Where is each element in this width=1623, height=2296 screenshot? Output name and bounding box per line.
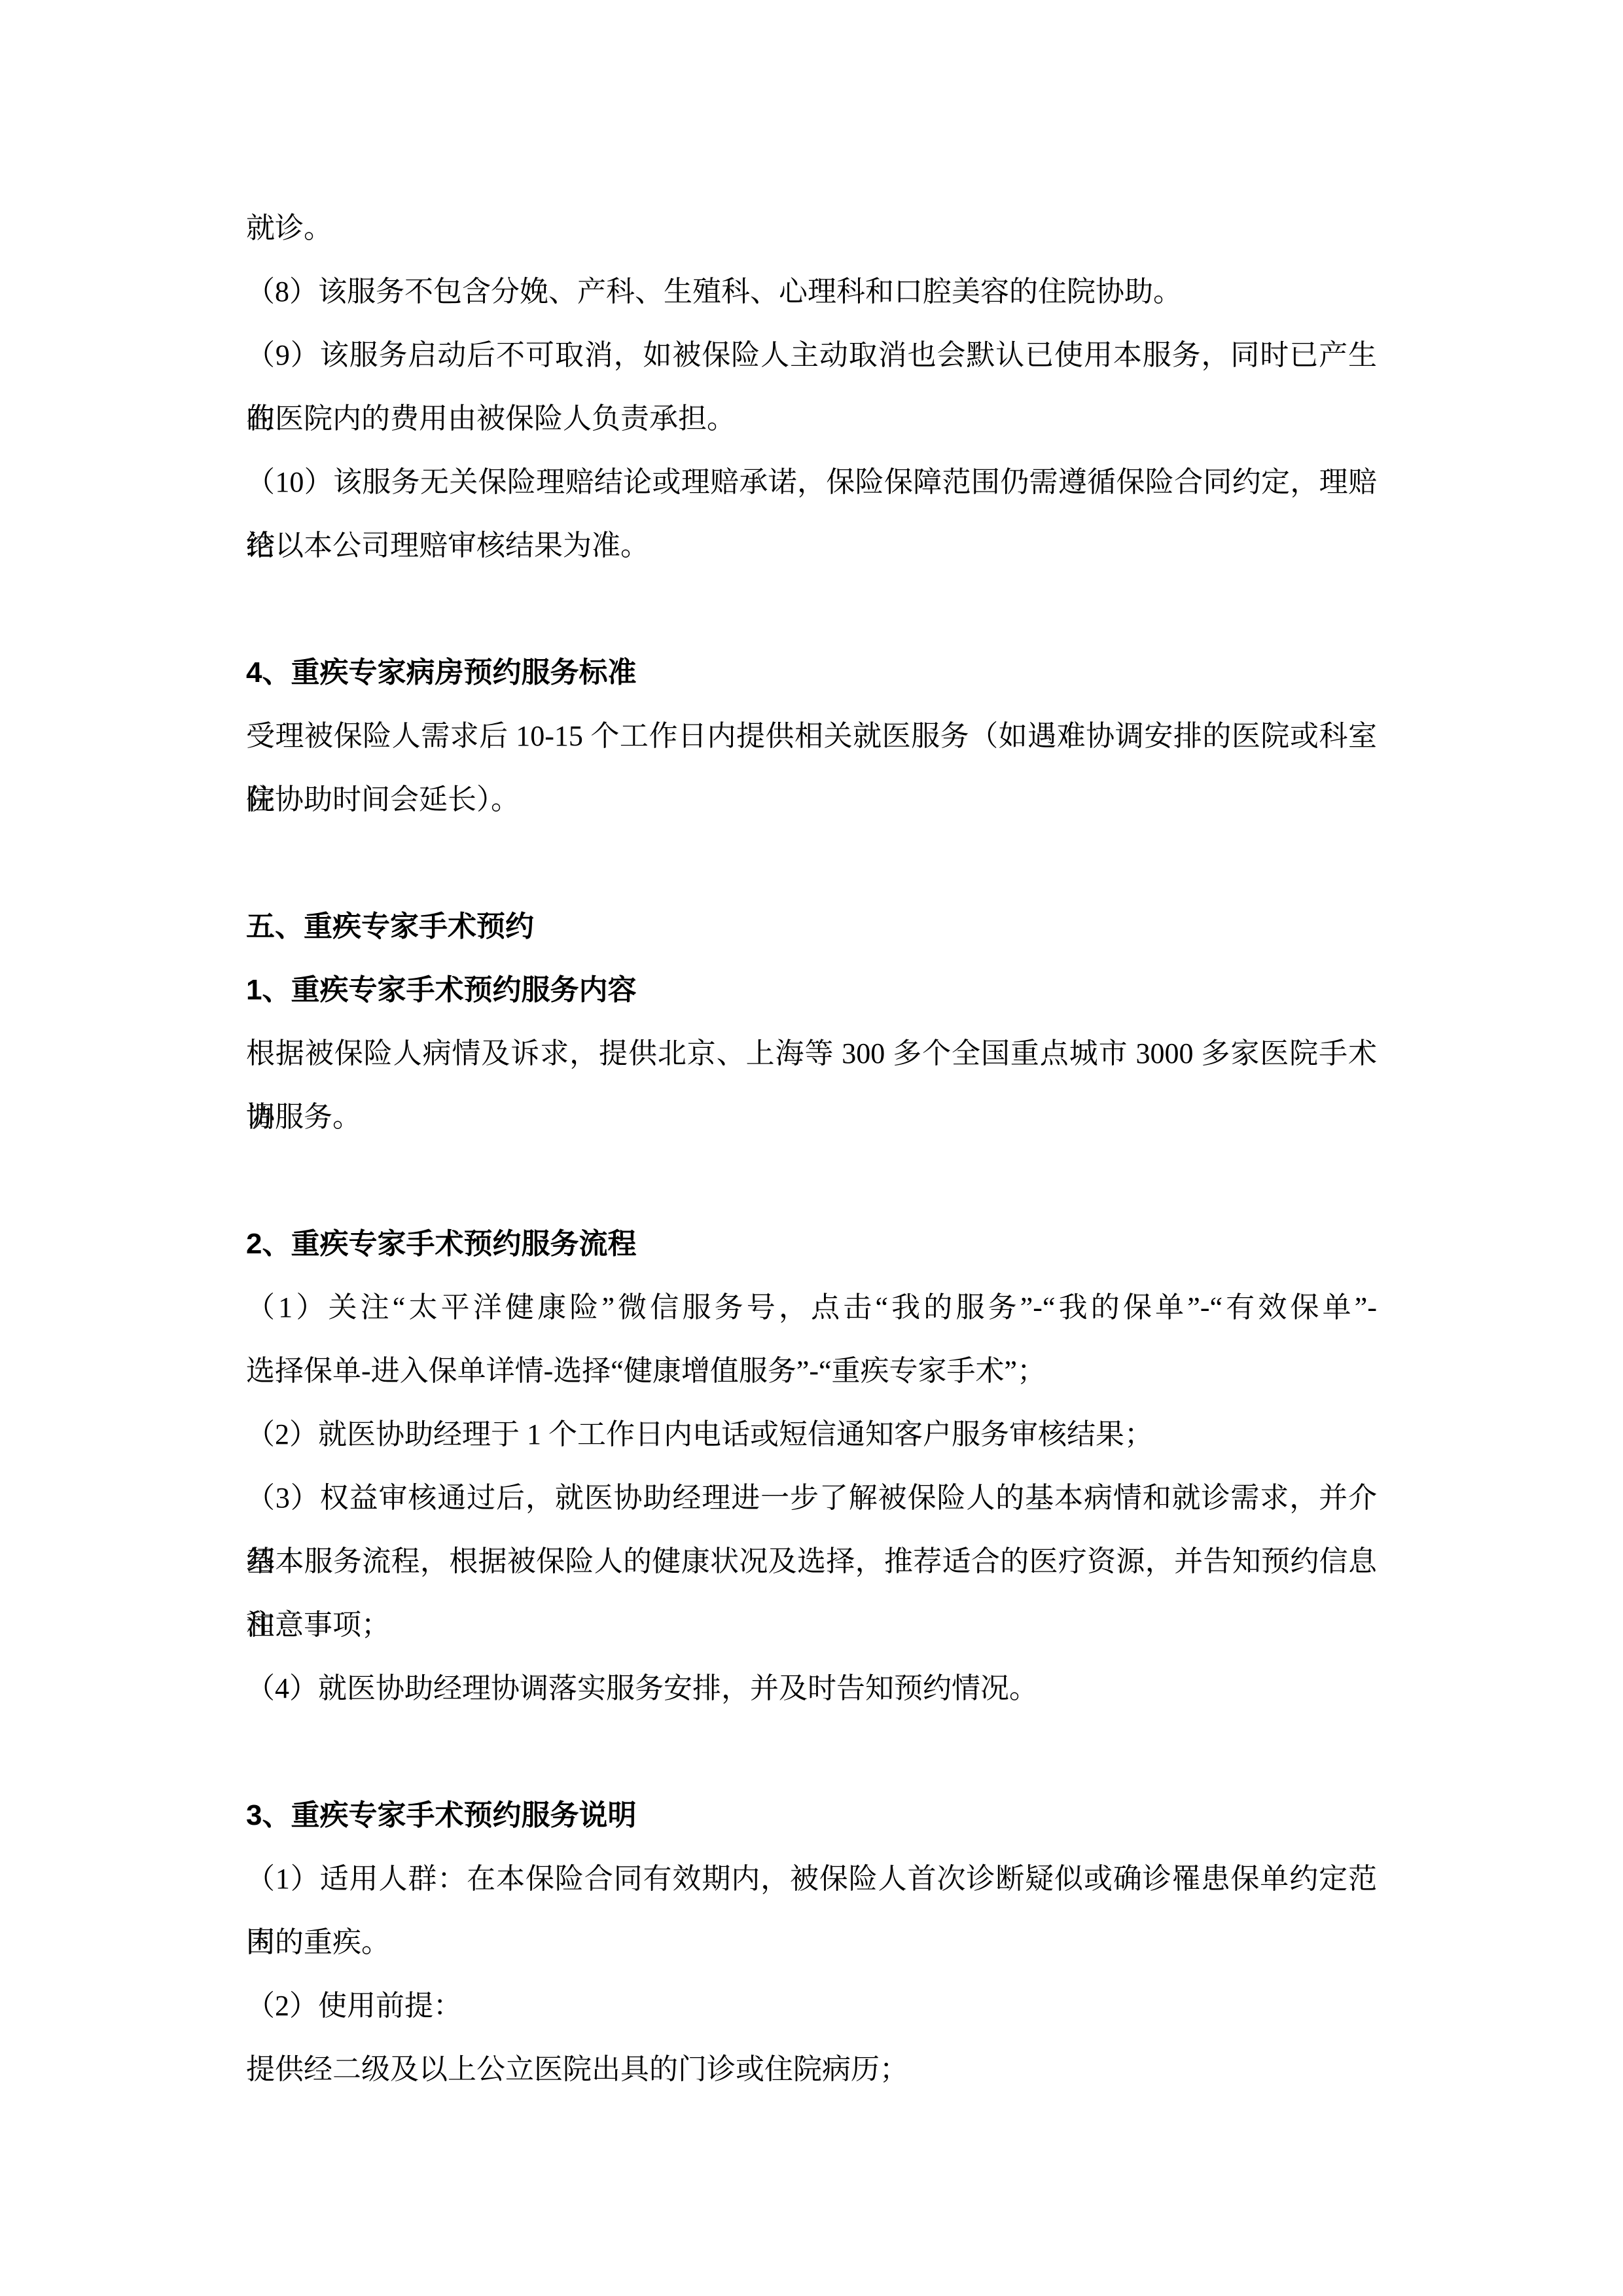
paragraph-line: 院协助时间会延长）。	[246, 768, 1377, 831]
paragraph-line: 受理被保险人需求后 10-15 个工作日内提供相关就医服务（如遇难协调安排的医院…	[246, 704, 1377, 768]
paragraph-line: 选择保单-进入保单详情-选择“健康增值服务”-“重疾专家手术”；	[246, 1339, 1377, 1403]
paragraph-line: 根据被保险人病情及诉求，提供北京、上海等 300 多个全国重点城市 3000 多…	[246, 1022, 1377, 1085]
section-heading: 3、重疾专家手术预约服务说明	[246, 1784, 1377, 1847]
paragraph-line: （10）该服务无关保险理赔结论或理赔承诺，保险保障范围仍需遵循保险合同约定，理赔…	[246, 450, 1377, 514]
paragraph-line: （4）就医协助经理协调落实服务安排，并及时告知预约情况。	[246, 1657, 1377, 1720]
section-heading: 2、重疾专家手术预约服务流程	[246, 1212, 1377, 1276]
paragraph-line: （3）权益审核通过后，就医协助经理进一步了解被保险人的基本病情和就诊需求，并介绍	[246, 1466, 1377, 1530]
paragraph-line: （1）关注“太平洋健康险”微信服务号，点击“我的服务”-“我的保单”-“有效保单…	[246, 1276, 1377, 1339]
blank-line	[246, 577, 1377, 641]
paragraph-line: （1）适用人群：在本保险合同有效期内，被保险人首次诊断疑似或确诊罹患保单约定范围	[246, 1847, 1377, 1910]
paragraph-line: 就诊。	[246, 196, 1377, 260]
paragraph-line: （2）就医协助经理于 1 个工作日内电话或短信通知客户服务审核结果；	[246, 1403, 1377, 1466]
section-heading: 五、重疾专家手术预约	[246, 895, 1377, 958]
document-content: 就诊。（8）该服务不包含分娩、产科、生殖科、心理科和口腔美容的住院协助。（9）该…	[246, 196, 1377, 2101]
paragraph-line: 论以本公司理赔审核结果为准。	[246, 514, 1377, 577]
paragraph-line: （2）使用前提：	[246, 1974, 1377, 2037]
paragraph-line: （9）该服务启动后不可取消，如被保险人主动取消也会默认已使用本服务，同时已产生的	[246, 323, 1377, 387]
paragraph-line: 调服务。	[246, 1085, 1377, 1149]
paragraph-line: 注意事项；	[246, 1593, 1377, 1657]
document-page: 就诊。（8）该服务不包含分娩、产科、生殖科、心理科和口腔美容的住院协助。（9）该…	[0, 0, 1623, 2296]
paragraph-line: 提供经二级及以上公立医院出具的门诊或住院病历；	[246, 2037, 1377, 2101]
paragraph-line: 内的重疾。	[246, 1910, 1377, 1974]
section-heading: 1、重疾专家手术预约服务内容	[246, 958, 1377, 1022]
blank-line	[246, 831, 1377, 895]
section-heading: 4、重疾专家病房预约服务标准	[246, 641, 1377, 704]
blank-line	[246, 1720, 1377, 1784]
paragraph-line: （8）该服务不包含分娩、产科、生殖科、心理科和口腔美容的住院协助。	[246, 260, 1377, 323]
paragraph-line: 基本服务流程，根据被保险人的健康状况及选择，推荐适合的医疗资源，并告知预约信息和	[246, 1530, 1377, 1593]
blank-line	[246, 1149, 1377, 1212]
paragraph-line: 在医院内的费用由被保险人负责承担。	[246, 387, 1377, 450]
